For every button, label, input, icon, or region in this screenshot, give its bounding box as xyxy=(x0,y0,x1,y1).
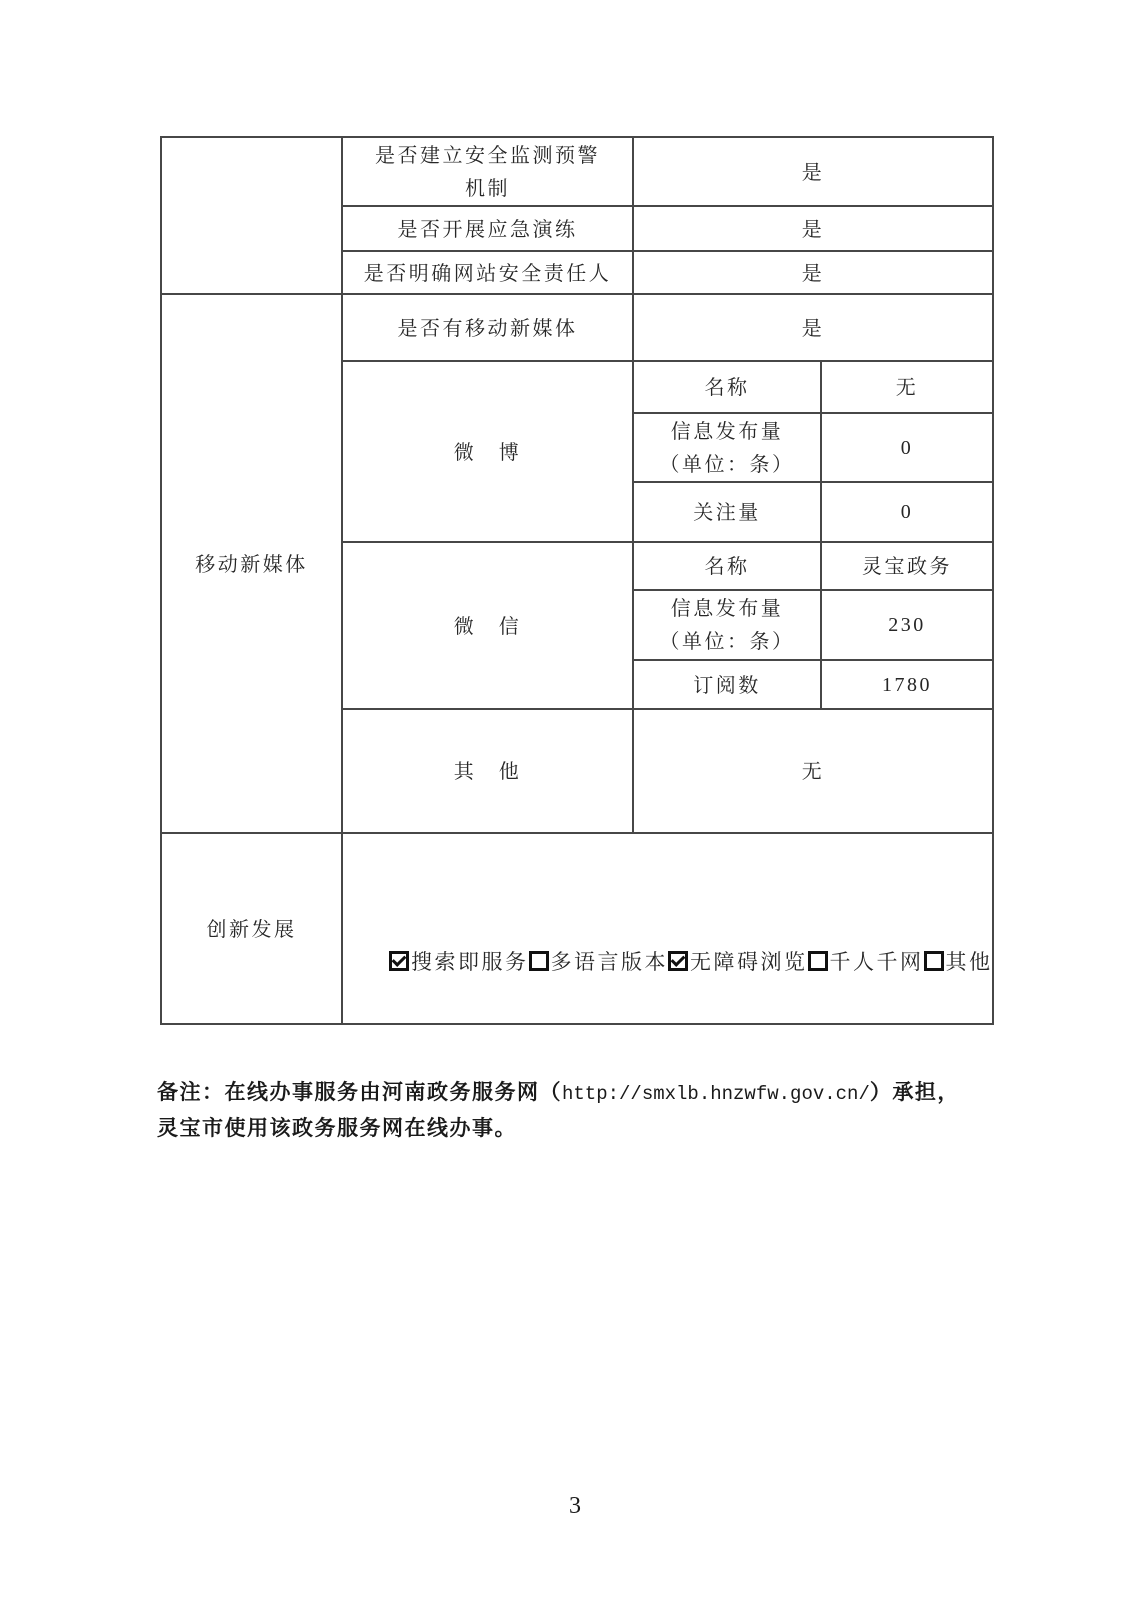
weibo-followers-value: 0 xyxy=(821,482,993,542)
page-number: 3 xyxy=(555,1490,595,1522)
security-label-monitoring: 是否建立安全监测预警 机制 xyxy=(342,137,633,206)
footnote-prefix: 备注：在线办事服务由河南政务服务网（ xyxy=(157,1079,562,1104)
label-line-1: 是否建立安全监测预警 xyxy=(343,139,632,172)
media-category-cell: 移动新媒体 xyxy=(161,294,342,833)
wechat-posts-label: 信息发布量 （单位：条） xyxy=(633,590,821,660)
wechat-posts-value: 230 xyxy=(821,590,993,660)
security-value-responsible: 是 xyxy=(633,251,993,294)
label-line-2: 机制 xyxy=(343,172,632,205)
footnote-line-1: 备注：在线办事服务由河南政务服务网（http://smxlb.hnzwfw.go… xyxy=(157,1075,960,1111)
innovation-category-cell: 创新发展 xyxy=(161,833,342,1024)
weibo-posts-label: 信息发布量 （单位：条） xyxy=(633,413,821,482)
security-value-drill: 是 xyxy=(633,206,993,251)
checkbox-checked-icon xyxy=(389,951,409,971)
weibo-label: 微 博 xyxy=(342,361,633,542)
weibo-name-label: 名称 xyxy=(633,361,821,413)
checkbox-empty-icon xyxy=(924,951,944,971)
security-row-monitoring: 是否建立安全监测预警 机制 是 xyxy=(161,137,993,206)
innovation-option-personalized: 千人千网 xyxy=(808,950,924,974)
security-value-monitoring: 是 xyxy=(633,137,993,206)
innovation-row: 创新发展 搜索即服务多语言版本无障碍浏览千人千网其他 xyxy=(161,833,993,1024)
option-label: 其他 xyxy=(946,950,993,974)
security-label-responsible: 是否明确网站安全责任人 xyxy=(342,251,633,294)
wechat-name-label: 名称 xyxy=(633,542,821,590)
innovation-option-search-service: 搜索即服务 xyxy=(389,950,529,974)
footnote-suffix: ）承担， xyxy=(870,1079,960,1104)
checkbox-empty-icon xyxy=(808,951,828,971)
option-label: 千人千网 xyxy=(830,950,924,974)
checkbox-empty-icon xyxy=(529,951,549,971)
footnote: 备注：在线办事服务由河南政务服务网（http://smxlb.hnzwfw.go… xyxy=(157,1075,960,1145)
website-report-table: 是否建立安全监测预警 机制 是 是否开展应急演练 是 是否明确网站安全责任人 是… xyxy=(160,136,994,1025)
label-line-1: 信息发布量 xyxy=(634,415,820,448)
option-label: 搜索即服务 xyxy=(411,950,529,974)
label-line-1: 信息发布量 xyxy=(634,592,820,625)
security-label-drill: 是否开展应急演练 xyxy=(342,206,633,251)
security-category-cell xyxy=(161,137,342,294)
weibo-posts-value: 0 xyxy=(821,413,993,482)
innovation-options-cell: 搜索即服务多语言版本无障碍浏览千人千网其他 xyxy=(342,833,993,1024)
wechat-subscribers-value: 1780 xyxy=(821,660,993,709)
wechat-name-value: 灵宝政务 xyxy=(821,542,993,590)
label-line-2: （单位：条） xyxy=(634,625,820,658)
has-media-label: 是否有移动新媒体 xyxy=(342,294,633,361)
innovation-option-multilingual: 多语言版本 xyxy=(529,950,669,974)
footnote-line-2: 灵宝市使用该政务服务网在线办事。 xyxy=(157,1111,960,1145)
innovation-option-accessibility: 无障碍浏览 xyxy=(668,950,808,974)
wechat-label: 微 信 xyxy=(342,542,633,709)
weibo-followers-label: 关注量 xyxy=(633,482,821,542)
other-media-value: 无 xyxy=(633,709,993,833)
innovation-option-other: 其他 xyxy=(924,950,993,974)
wechat-subscribers-label: 订阅数 xyxy=(633,660,821,709)
option-label: 多语言版本 xyxy=(551,950,669,974)
option-label: 无障碍浏览 xyxy=(690,950,808,974)
has-media-value: 是 xyxy=(633,294,993,361)
weibo-name-value: 无 xyxy=(821,361,993,413)
media-row-has-media: 移动新媒体 是否有移动新媒体 是 xyxy=(161,294,993,361)
checkbox-checked-icon xyxy=(668,951,688,971)
other-media-label: 其 他 xyxy=(342,709,633,833)
label-line-2: （单位：条） xyxy=(634,448,820,481)
footnote-url: http://smxlb.hnzwfw.gov.cn/ xyxy=(562,1083,870,1105)
